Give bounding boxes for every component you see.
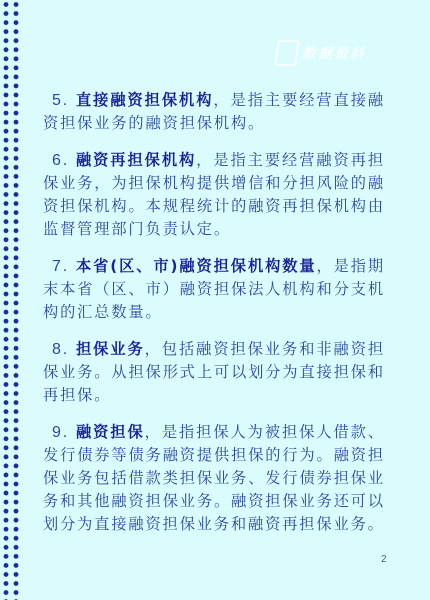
- definition-item-6: 6. 融资再担保机构，是指主要经营融资再担保业务，为担保机构提供增信和分担风险的…: [43, 149, 385, 241]
- dotted-binding-border: [0, 0, 22, 600]
- definitions-list: 5. 直接融资担保机构，是指主要经营直接融资担保业务的融资担保机构。 6. 融资…: [43, 89, 385, 536]
- definition-term: 本省(区、市)融资担保机构数量: [76, 257, 317, 275]
- definition-number: 7.: [52, 258, 69, 275]
- page-number: 2: [381, 554, 387, 565]
- definition-item-7: 7. 本省(区、市)融资担保机构数量，是指期末本省（区、市）融资担保法人机构和分…: [43, 255, 385, 324]
- definition-term: 融资担保: [76, 423, 145, 441]
- definition-item-8: 8. 担保业务，包括融资担保业务和非融资担保业务。从担保形式上可以划分为直接担保…: [43, 338, 385, 407]
- watermark-text: 数据资料: [302, 43, 366, 63]
- watermark-logo-icon: [274, 40, 300, 66]
- watermark-logo: 数据资料: [276, 36, 386, 70]
- definition-number: 6.: [52, 152, 69, 169]
- definition-number: 5.: [52, 92, 69, 109]
- document-page: 数据资料 5. 直接融资担保机构，是指主要经营直接融资担保业务的融资担保机构。 …: [0, 0, 430, 600]
- definition-number: 9.: [52, 424, 69, 441]
- definition-number: 8.: [52, 341, 69, 358]
- definition-item-9: 9. 融资担保，是指担保人为被担保人借款、发行债券等债务融资提供担保的行为。融资…: [43, 421, 385, 536]
- definition-term: 融资再担保机构: [76, 151, 196, 169]
- definition-term: 直接融资担保机构: [76, 91, 213, 109]
- definition-item-5: 5. 直接融资担保机构，是指主要经营直接融资担保业务的融资担保机构。: [43, 89, 385, 135]
- definition-term: 担保业务: [76, 340, 145, 358]
